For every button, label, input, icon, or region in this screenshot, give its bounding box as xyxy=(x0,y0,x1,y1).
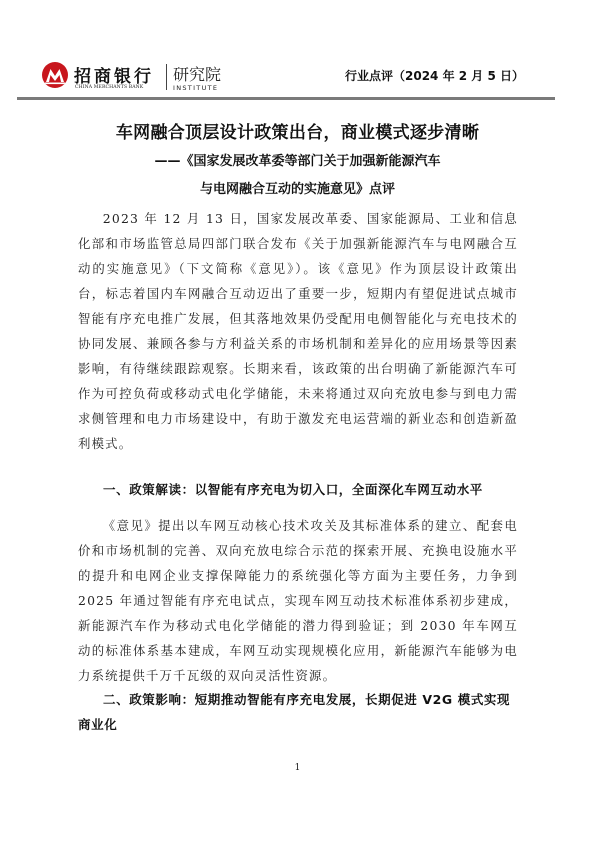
institute-name-en: INSTITUTE xyxy=(173,84,218,92)
header-divider xyxy=(17,97,555,100)
page-number: 1 xyxy=(0,763,595,773)
institute-name-cn: 研究院 xyxy=(173,62,221,85)
document-subtitle-line2: 与电网融合互动的实施意见》点评 xyxy=(0,178,595,197)
logo-divider xyxy=(166,64,167,90)
section-heading-1: 一、政策解读：以智能有序充电为切入口，全面深化车网互动水平 xyxy=(78,477,518,502)
bank-name-en: CHINA MERCHANTS BANK xyxy=(75,85,143,90)
page-header: 招商银行 CHINA MERCHANTS BANK 研究院 INSTITUTE … xyxy=(0,0,595,100)
section-heading-2: 二、政策影响：短期推动智能有序充电发展，长期促进 V2G 模式实现商业化 xyxy=(78,687,518,737)
cmb-institute-logo: 招商银行 CHINA MERCHANTS BANK 研究院 INSTITUTE xyxy=(42,60,242,94)
body-paragraph-1: 2023 年 12 月 13 日，国家发展改革委、国家能源局、工业和信息化部和市… xyxy=(78,206,518,456)
report-type-date: 行业点评（2024 年 2 月 5 日） xyxy=(345,67,524,84)
body-paragraph-2: 《意见》提出以车网互动核心技术攻关及其标准体系的建立、配套电价和市场机制的完善、… xyxy=(78,513,518,688)
bank-name-cn: 招商银行 xyxy=(74,62,154,87)
document-subtitle-line1: ——《国家发展改革委等部门关于加强新能源汽车 xyxy=(0,150,595,169)
document-title: 车网融合顶层设计政策出台，商业模式逐步清晰 xyxy=(0,118,595,143)
cmb-logo-icon xyxy=(42,62,68,88)
